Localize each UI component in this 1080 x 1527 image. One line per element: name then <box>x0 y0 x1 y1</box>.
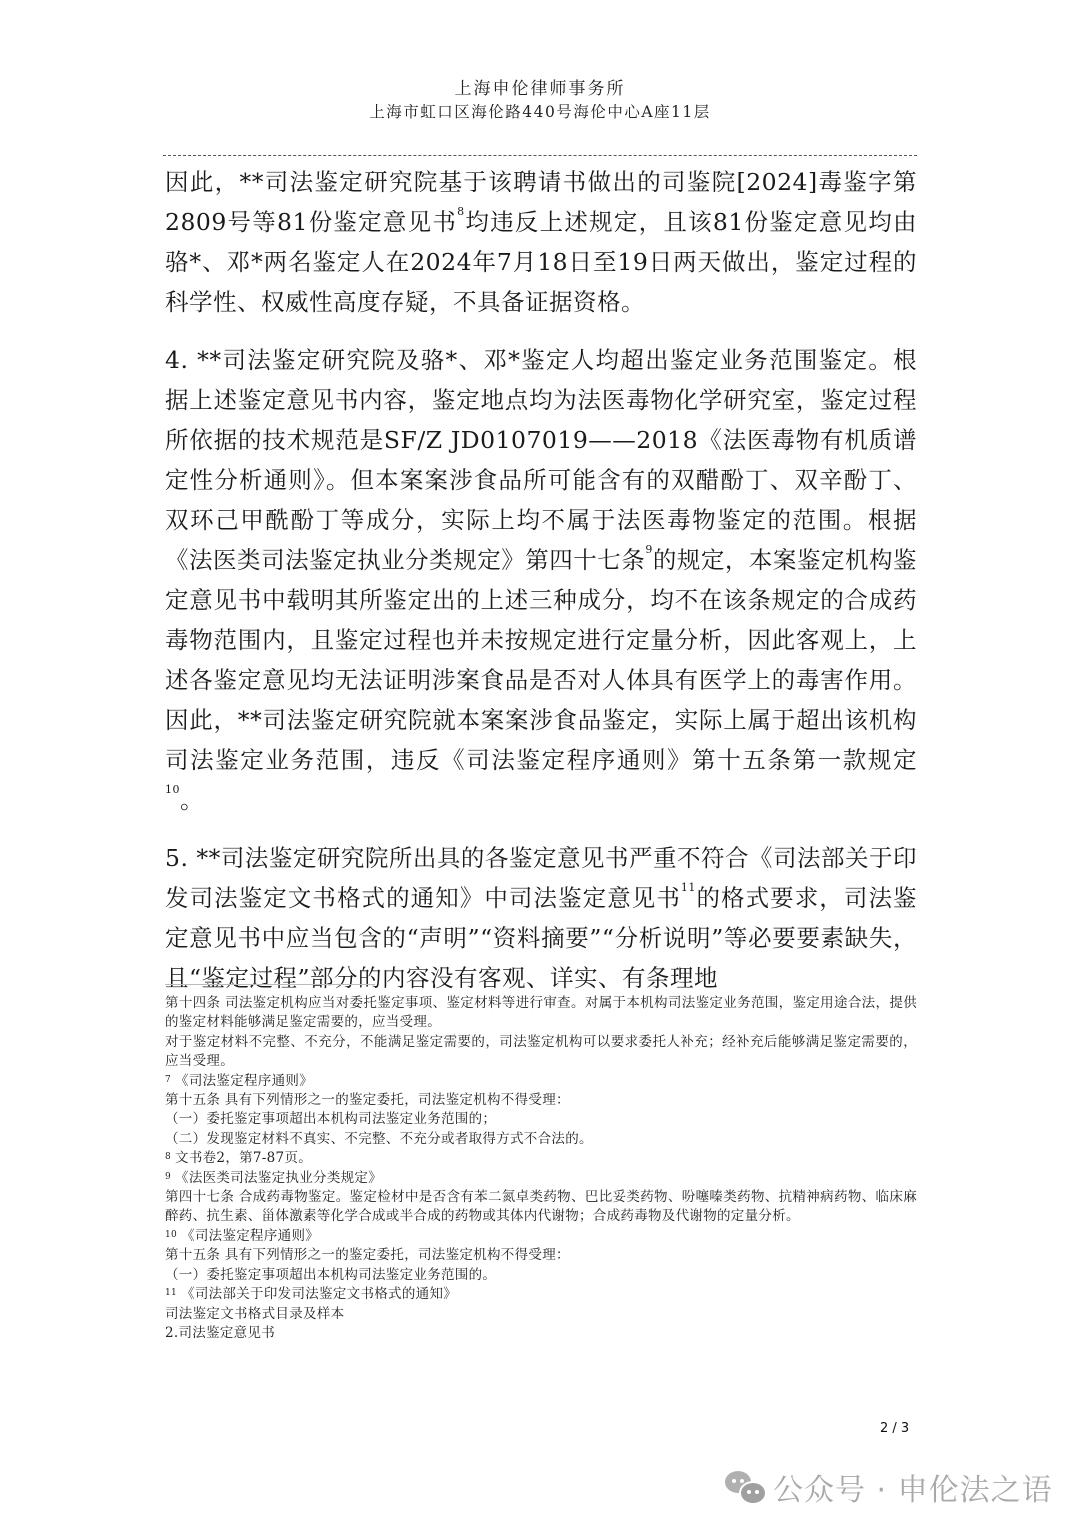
footnote-line: 第十四条 司法鉴定机构应当对委托鉴定事项、鉴定材料等进行审查。对属于本机构司法鉴… <box>165 994 917 1033</box>
footnote-line: （一）委托鉴定事项超出本机构司法鉴定业务范围的； <box>165 1110 917 1129</box>
wechat-icon <box>725 1471 765 1503</box>
footnote-line: 对于鉴定材料不完整、不充分，不能满足鉴定需要的，司法鉴定机构可以要求委托人补充；… <box>165 1033 917 1072</box>
body-paragraph: 4. **司法鉴定研究院及骆*、邓*鉴定人均超出鉴定业务范围鉴定。根据上述鉴定意… <box>165 340 917 820</box>
footnote-text: 2.司法鉴定意见书 <box>165 1325 275 1341</box>
footnote-text: 《司法鉴定程序通则》 <box>175 1073 313 1089</box>
footnote-text: （一）委托鉴定事项超出本机构司法鉴定业务范围的； <box>165 1111 496 1127</box>
body-text: 因此，**司法鉴定研究院基于该聘请书做出的司鉴院[2024]毒鉴字第2809号等… <box>165 162 917 1016</box>
watermark-text: 公众号 · 申伦法之语 <box>773 1465 1053 1509</box>
footnotes: 第十四条 司法鉴定机构应当对委托鉴定事项、鉴定材料等进行审查。对属于本机构司法鉴… <box>165 994 917 1343</box>
paragraph-text: 4. **司法鉴定研究院及骆*、邓*鉴定人均超出鉴定业务范围鉴定。根据上述鉴定意… <box>165 346 917 574</box>
footnote-divider <box>165 984 375 985</box>
footnote-text: 第四十七条 合成药毒物鉴定。鉴定检材中是否含有苯二氮卓类药物、巴比妥类药物、吩噻… <box>165 1189 917 1224</box>
footnote-text: 《法医类司法鉴定执业分类规定》 <box>175 1170 382 1186</box>
footnote-text: 司法鉴定文书格式目录及样本 <box>165 1306 344 1322</box>
footnote-text: （二）发现鉴定材料不真实、不完整、不充分或者取得方式不合法的。 <box>165 1131 593 1147</box>
footnote-text: 对于鉴定材料不完整、不充分，不能满足鉴定需要的，司法鉴定机构可以要求委托人补充；… <box>165 1034 917 1069</box>
paragraph-text: 的规定，本案鉴定机构鉴定意见书中载明其所鉴定出的上述三种成分，均不在该条规定的合… <box>165 546 917 774</box>
footnote-ref: 8 <box>457 205 465 218</box>
footnote-line: 11《司法部关于印发司法鉴定文书格式的通知》 <box>165 1285 917 1304</box>
page-number: 2 / 3 <box>880 1421 909 1436</box>
footnote-line: （一）委托鉴定事项超出本机构司法鉴定业务范围的。 <box>165 1266 917 1285</box>
footnote-line: 2.司法鉴定意见书 <box>165 1324 917 1343</box>
footnote-text: 《司法部关于印发司法鉴定文书格式的通知》 <box>181 1286 457 1302</box>
footnote-number: 9 <box>165 1172 171 1182</box>
footnote-number: 11 <box>165 1288 177 1298</box>
footnote-number: 10 <box>165 1230 177 1240</box>
header-divider <box>163 155 917 156</box>
body-paragraph: 因此，**司法鉴定研究院基于该聘请书做出的司鉴院[2024]毒鉴字第2809号等… <box>165 162 917 322</box>
footnote-ref: 9 <box>645 543 653 556</box>
footnote-number: 8 <box>165 1152 171 1162</box>
footnote-line: （二）发现鉴定材料不真实、不完整、不充分或者取得方式不合法的。 <box>165 1130 917 1149</box>
body-paragraph: 5. **司法鉴定研究院所出具的各鉴定意见书严重不符合《司法部关于印发司法鉴定文… <box>165 838 917 998</box>
footnote-line: 10《司法鉴定程序通则》 <box>165 1227 917 1246</box>
footnote-ref: 11 <box>681 881 696 894</box>
paragraph-text: 。 <box>180 786 204 814</box>
firm-name: 上海申伦律师事务所 <box>0 77 1080 101</box>
footnote-line: 9《法医类司法鉴定执业分类规定》 <box>165 1169 917 1188</box>
footnote-line: 第十五条 具有下列情形之一的鉴定委托，司法鉴定机构不得受理： <box>165 1246 917 1265</box>
footnote-text: 文书卷2，第7-87页。 <box>175 1150 312 1166</box>
footnote-text: 《司法鉴定程序通则》 <box>181 1228 319 1244</box>
letterhead: 上海申伦律师事务所 上海市虹口区海伦路440号海伦中心A座11层 <box>0 77 1080 123</box>
footnote-text: 第十五条 具有下列情形之一的鉴定委托，司法鉴定机构不得受理： <box>165 1092 570 1108</box>
footnote-ref: 10 <box>165 783 180 796</box>
footnote-text: 第十五条 具有下列情形之一的鉴定委托，司法鉴定机构不得受理： <box>165 1247 570 1263</box>
footnote-number: 7 <box>165 1075 171 1085</box>
footnote-line: 第十五条 具有下列情形之一的鉴定委托，司法鉴定机构不得受理： <box>165 1091 917 1110</box>
footnote-line: 司法鉴定文书格式目录及样本 <box>165 1305 917 1324</box>
firm-address: 上海市虹口区海伦路440号海伦中心A座11层 <box>0 101 1080 123</box>
footnote-text: 第十四条 司法鉴定机构应当对委托鉴定事项、鉴定材料等进行审查。对属于本机构司法鉴… <box>165 995 917 1030</box>
wechat-watermark: 公众号 · 申伦法之语 <box>725 1467 1053 1507</box>
footnote-line: 8文书卷2，第7-87页。 <box>165 1149 917 1168</box>
footnote-line: 7《司法鉴定程序通则》 <box>165 1072 917 1091</box>
footnote-line: 第四十七条 合成药毒物鉴定。鉴定检材中是否含有苯二氮卓类药物、巴比妥类药物、吩噻… <box>165 1188 917 1227</box>
footnote-text: （一）委托鉴定事项超出本机构司法鉴定业务范围的。 <box>165 1267 496 1283</box>
